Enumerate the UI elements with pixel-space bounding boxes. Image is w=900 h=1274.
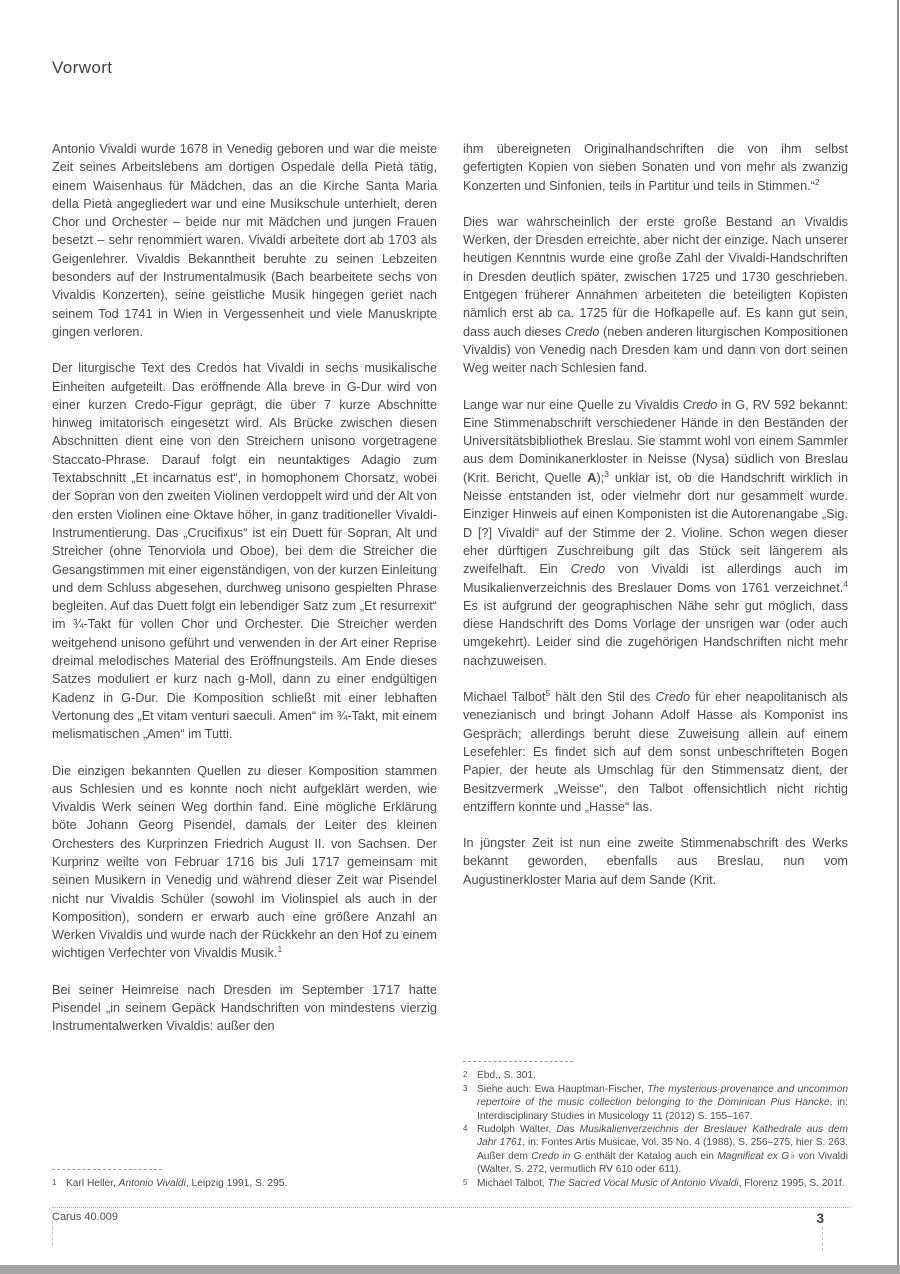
text-columns: Antonio Vivaldi wurde 1678 in Venedig ge…	[52, 140, 848, 1202]
footnote: 3 Siehe auch: Ewa Hauptman-Fischer, The …	[463, 1083, 848, 1123]
window-edge-bottom	[0, 1265, 900, 1274]
document-page: Vorwort Antonio Vivaldi wurde 1678 in Ve…	[0, 0, 900, 1274]
crop-mark-left	[52, 1221, 53, 1245]
paragraph: In jüngster Zeit ist nun eine zweite Sti…	[463, 834, 848, 889]
footnote-marker: 2	[463, 1068, 477, 1081]
paragraph: Michael Talbot5 hält den Stil des Credo …	[463, 688, 848, 816]
footnote-marker: 1	[52, 1176, 66, 1189]
edition-number: Carus 40.009	[52, 1211, 118, 1223]
page-number: 3	[816, 1211, 824, 1226]
footnote-text: Siehe auch: Ewa Hauptman-Fischer, The my…	[477, 1083, 848, 1123]
footnote: 4 Rudolph Walter, Das Musikalienverzeich…	[463, 1123, 848, 1177]
crop-mark-right	[822, 1227, 823, 1251]
right-column: ihm übereigneten Originalhandschriften d…	[463, 140, 848, 1202]
page-title: Vorwort	[52, 58, 112, 78]
footnote: 5 Michael Talbot, The Sacred Vocal Music…	[463, 1177, 848, 1190]
paragraph: Bei seiner Heimreise nach Dresden im Sep…	[52, 981, 437, 1036]
footnote-text: Ebd., S. 301.	[477, 1069, 848, 1082]
footnote-text: Michael Talbot, The Sacred Vocal Music o…	[477, 1177, 848, 1190]
footnote-text: Karl Heller, Antonio Vivaldi, Leipzig 19…	[66, 1177, 437, 1190]
footnote-marker: 3	[463, 1082, 477, 1122]
paragraph: Lange war nur eine Quelle zu Vivaldis Cr…	[463, 396, 848, 670]
footnote-text: Rudolph Walter, Das Musikalienverzeichni…	[477, 1123, 848, 1177]
paragraph: ihm übereigneten Originalhandschriften d…	[463, 140, 848, 195]
paragraph: Dies war wahrscheinlich der erste große …	[463, 213, 848, 378]
footnote: 1 Karl Heller, Antonio Vivaldi, Leipzig …	[52, 1177, 437, 1190]
footnote-marker: 4	[463, 1122, 477, 1176]
paragraph: Die einzigen bekannten Quellen zu dieser…	[52, 762, 437, 963]
footnotes-right: 2 Ebd., S. 301. 3 Siehe auch: Ewa Hauptm…	[463, 1061, 848, 1190]
page-footer: Carus 40.009 3	[52, 1207, 850, 1226]
footnotes-left: 1 Karl Heller, Antonio Vivaldi, Leipzig …	[52, 1169, 437, 1190]
window-edge-right	[897, 0, 899, 1265]
footnote-separator	[52, 1169, 162, 1170]
paragraph: Der liturgische Text des Credos hat Viva…	[52, 359, 437, 743]
left-column: Antonio Vivaldi wurde 1678 in Venedig ge…	[52, 140, 437, 1202]
paragraph: Antonio Vivaldi wurde 1678 in Venedig ge…	[52, 140, 437, 341]
footnote-marker: 5	[463, 1176, 477, 1189]
footnote-separator	[463, 1061, 573, 1062]
footnote: 2 Ebd., S. 301.	[463, 1069, 848, 1082]
